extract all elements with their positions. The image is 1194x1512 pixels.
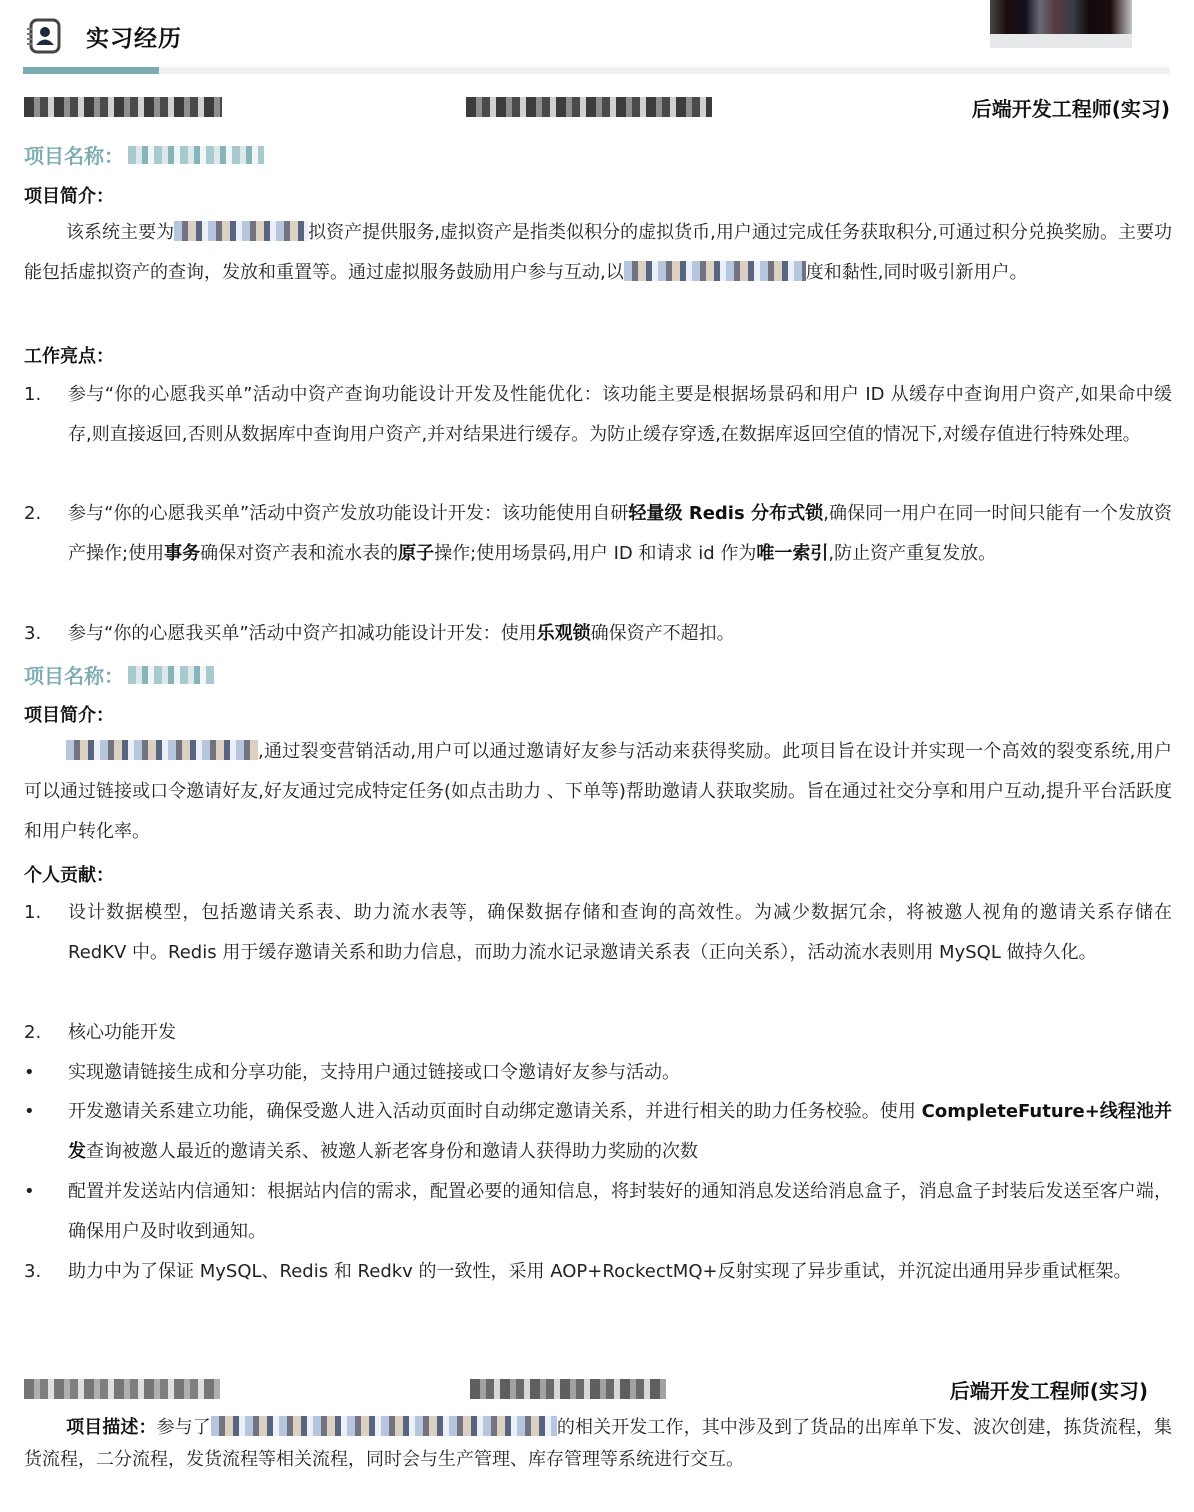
date-range-redacted (24, 97, 222, 117)
project-name-redacted (128, 666, 214, 684)
project-intro: ,通过裂变营销活动,用户可以通过邀请好友参与活动来获得奖励。此项目旨在设计并实现… (24, 732, 1172, 852)
job-header: 后端开发工程师(实习) (24, 92, 1170, 122)
contribution-text: 开发邀请关系建立功能，确保受邀人进入活动页面时自动绑定邀请关系，并进行相关的助力… (68, 1092, 1172, 1172)
section-divider-accent (23, 67, 159, 74)
project-description: 项目描述：参与了的相关开发工作，其中涉及到了货品的出库单下发、波次创建，拣货流程… (24, 1412, 1172, 1476)
list-marker: 1. (24, 375, 68, 455)
project-intro: 该系统主要为拟资产提供服务,虚拟资产是指类似积分的虚拟货币,用户通过完成任务获取… (24, 213, 1172, 293)
list-marker: 2. (24, 494, 68, 574)
company-redacted (470, 1379, 666, 1399)
intro-redacted (174, 221, 308, 241)
highlight-text: 参与“你的心愿我买单”活动中资产发放功能设计开发：该功能使用自研轻量级 Redi… (68, 494, 1172, 574)
intro-text: 该系统主要为 (66, 222, 174, 243)
highlight-item: 2. 参与“你的心愿我买单”活动中资产发放功能设计开发：该功能使用自研轻量级 R… (24, 494, 1172, 574)
date-range-redacted (24, 1379, 220, 1399)
desc-text: 参与了 (157, 1417, 211, 1438)
desc-redacted (211, 1416, 557, 1436)
project-name: 项目名称： (24, 660, 214, 689)
project-intro-label: 项目简介： (24, 701, 114, 727)
list-marker: 3. (24, 614, 68, 654)
bullet-marker: • (24, 1092, 68, 1172)
contribution-item: 1. 设计数据模型，包括邀请关系表、助力流水表等，确保数据存储和查询的高效性。为… (24, 893, 1172, 973)
bullet-marker: • (24, 1172, 68, 1252)
contribution-text: 设计数据模型，包括邀请关系表、助力流水表等，确保数据存储和查询的高效性。为减少数… (68, 893, 1172, 973)
project-intro-label: 项目简介： (24, 182, 114, 208)
section-header: 实习经历 (24, 14, 182, 58)
job-role: 后端开发工程师(实习) (950, 1375, 1148, 1404)
avatar-photo (990, 0, 1132, 48)
highlights-label: 工作亮点： (24, 342, 114, 368)
desc-label: 项目描述： (66, 1417, 157, 1438)
contrib-label: 个人贡献： (24, 861, 114, 887)
contribution-item: • 配置并发送站内信通知：根据站内信的需求，配置必要的通知信息，将封装好的通知消… (24, 1172, 1172, 1252)
project-name-label: 项目名称： (24, 660, 124, 689)
intro-redacted (624, 261, 806, 281)
intro-redacted (66, 740, 258, 760)
company-redacted (466, 97, 712, 117)
contact-card-icon (24, 16, 64, 56)
list-marker: 3. (24, 1252, 68, 1292)
list-marker: 1. (24, 893, 68, 973)
contribution-item: 2. 核心功能开发 (24, 1013, 1172, 1053)
bullet-marker: • (24, 1053, 68, 1093)
intro-text: 度和黏性,同时吸引新用户。 (806, 262, 1028, 283)
highlight-item: 1. 参与“你的心愿我买单”活动中资产查询功能设计开发及性能优化：该功能主要是根… (24, 375, 1172, 455)
contribution-text: 助力中为了保证 MySQL、Redis 和 Redkv 的一致性，采用 AOP+… (68, 1252, 1172, 1292)
section-title: 实习经历 (86, 20, 182, 53)
job-header: 后端开发工程师(实习) (24, 1374, 1148, 1404)
project-name-label: 项目名称： (24, 140, 124, 169)
contribution-item: 3. 助力中为了保证 MySQL、Redis 和 Redkv 的一致性，采用 A… (24, 1252, 1172, 1292)
contribution-text: 配置并发送站内信通知：根据站内信的需求，配置必要的通知信息，将封装好的通知消息发… (68, 1172, 1172, 1252)
highlight-text: 参与“你的心愿我买单”活动中资产查询功能设计开发及性能优化：该功能主要是根据场景… (68, 375, 1172, 455)
contribution-text: 核心功能开发 (68, 1013, 1172, 1053)
contribution-text: 实现邀请链接生成和分享功能，支持用户通过链接或口令邀请好友参与活动。 (68, 1053, 1172, 1093)
section-divider (23, 67, 1170, 74)
contribution-item: • 实现邀请链接生成和分享功能，支持用户通过链接或口令邀请好友参与活动。 (24, 1053, 1172, 1093)
list-marker: 2. (24, 1013, 68, 1053)
highlight-item: 3. 参与“你的心愿我买单”活动中资产扣减功能设计开发：使用乐观锁确保资产不超扣… (24, 614, 1172, 654)
project-name: 项目名称： (24, 140, 264, 169)
job-role: 后端开发工程师(实习) (972, 93, 1170, 122)
contribution-item: • 开发邀请关系建立功能，确保受邀人进入活动页面时自动绑定邀请关系，并进行相关的… (24, 1092, 1172, 1172)
project-name-redacted (128, 146, 264, 164)
highlight-text: 参与“你的心愿我买单”活动中资产扣减功能设计开发：使用乐观锁确保资产不超扣。 (68, 614, 1172, 654)
